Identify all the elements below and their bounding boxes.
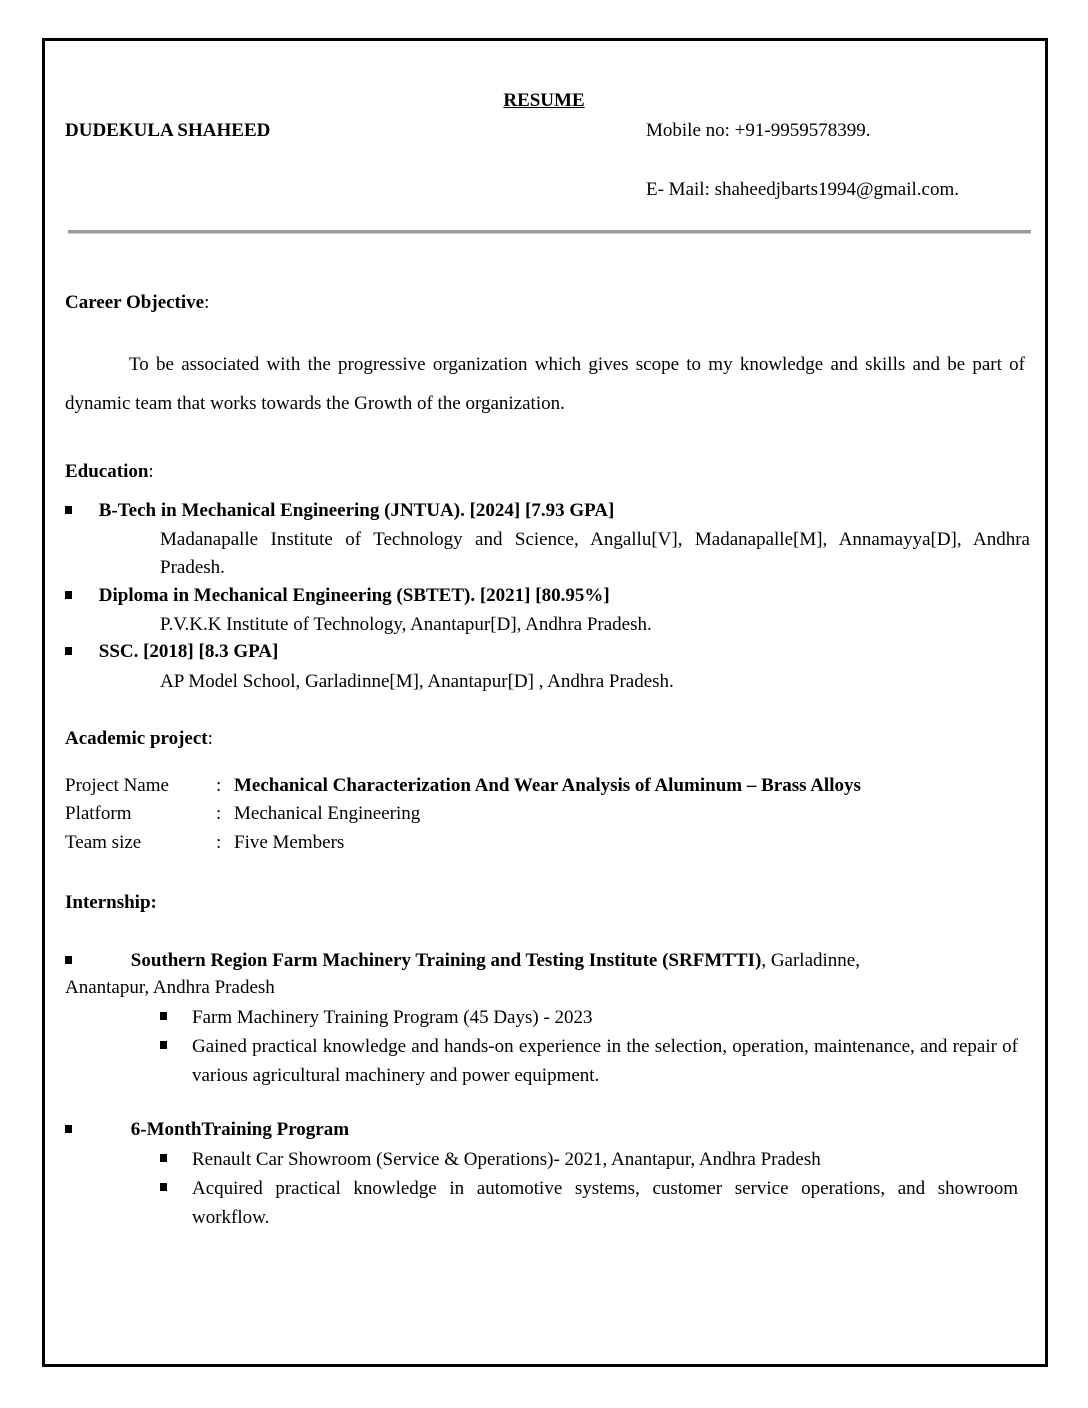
education-institution: P.V.K.K Institute of Technology, Anantap… — [160, 611, 1030, 639]
education-degree: SSC. [2018] [8.3 GPA] — [99, 641, 279, 662]
document-title: RESUME — [0, 90, 1088, 112]
academic-project-heading: Academic project: — [65, 728, 213, 750]
internship-point-bullet — [160, 1035, 167, 1057]
internship-point: Gained practical knowledge and hands-on … — [192, 1032, 1018, 1090]
academic-project-heading-text: Academic project — [65, 728, 208, 749]
platform-label: Platform — [65, 803, 132, 825]
education-degree: Diploma in Mechanical Engineering (SBTET… — [99, 585, 610, 606]
internship-point-bullet — [160, 1177, 167, 1199]
education-institution: AP Model School, Garladinne[M], Anantapu… — [160, 668, 1030, 696]
platform-colon: : — [216, 803, 221, 825]
career-objective-heading-colon: : — [204, 292, 209, 313]
education-institution: Madanapalle Institute of Technology and … — [160, 526, 1030, 582]
internship-point-bullet — [160, 1006, 167, 1028]
square-bullet-icon — [160, 1012, 167, 1020]
project-name-colon: : — [216, 775, 221, 797]
team-size-label: Team size — [65, 832, 141, 854]
internship-org-location-line2: Anantapur, Andhra Pradesh — [65, 977, 275, 999]
career-objective-heading-text: Career Objective — [65, 292, 204, 313]
team-size-value: Five Members — [234, 832, 344, 854]
internship-item-title: Southern Region Farm Machinery Training … — [65, 950, 860, 972]
project-name-label: Project Name — [65, 775, 169, 797]
team-size-colon: : — [216, 832, 221, 854]
internship-point-bullet — [160, 1148, 167, 1170]
square-bullet-icon — [65, 1125, 72, 1133]
internship-org-location: , Garladinne, — [761, 950, 860, 971]
internship-heading: Internship: — [65, 892, 157, 914]
internship-item-title: 6-MonthTraining Program — [65, 1119, 349, 1141]
square-bullet-icon — [65, 591, 72, 599]
header-divider — [68, 230, 1031, 233]
internship-org-name: Southern Region Farm Machinery Training … — [131, 950, 762, 971]
square-bullet-icon — [65, 647, 72, 655]
internship-point: Farm Machinery Training Program (45 Days… — [192, 1003, 1018, 1032]
platform-value: Mechanical Engineering — [234, 803, 420, 825]
education-heading-text: Education — [65, 461, 148, 482]
education-heading-colon: : — [148, 461, 153, 482]
education-item: B-Tech in Mechanical Engineering (JNTUA)… — [65, 500, 614, 522]
square-bullet-icon — [160, 1154, 167, 1162]
square-bullet-icon — [65, 956, 72, 964]
email-address: E- Mail: shaheedjbarts1994@gmail.com. — [646, 179, 959, 201]
internship-program-name: 6-MonthTraining Program — [131, 1119, 349, 1140]
education-item: SSC. [2018] [8.3 GPA] — [65, 641, 278, 663]
candidate-name: DUDEKULA SHAHEED — [65, 120, 270, 142]
square-bullet-icon — [160, 1183, 167, 1191]
mobile-number: Mobile no: +91-9959578399. — [646, 120, 870, 142]
square-bullet-icon — [160, 1041, 167, 1049]
internship-point: Acquired practical knowledge in automoti… — [192, 1174, 1018, 1232]
education-item: Diploma in Mechanical Engineering (SBTET… — [65, 585, 610, 607]
education-heading: Education: — [65, 461, 154, 483]
career-objective-heading: Career Objective: — [65, 292, 209, 314]
project-name-value: Mechanical Characterization And Wear Ana… — [234, 775, 861, 797]
square-bullet-icon — [65, 506, 72, 514]
career-objective-text: To be associated with the progressive or… — [65, 345, 1025, 423]
internship-point: Renault Car Showroom (Service & Operatio… — [192, 1145, 1018, 1174]
academic-project-heading-colon: : — [208, 728, 213, 749]
education-degree: B-Tech in Mechanical Engineering (JNTUA)… — [99, 500, 615, 521]
career-objective-body: To be associated with the progressive or… — [65, 354, 1025, 414]
